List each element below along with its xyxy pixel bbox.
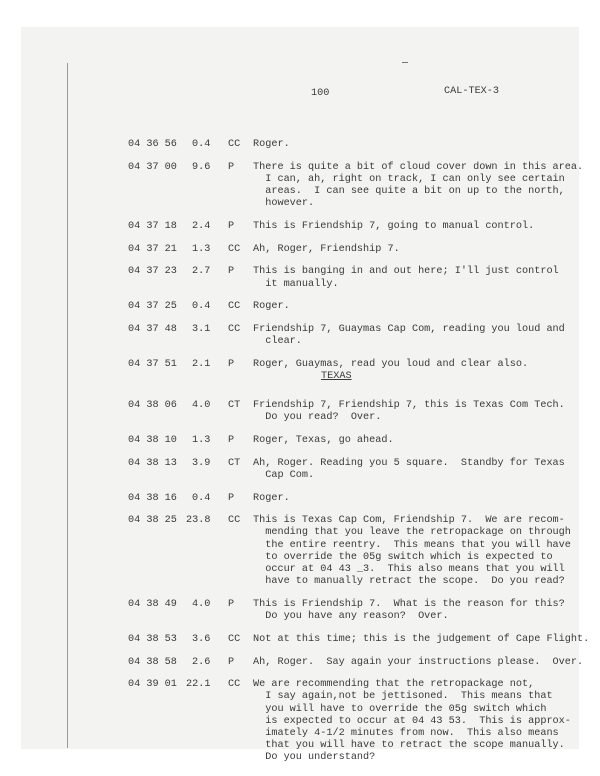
entry-speaker: CC	[228, 324, 240, 336]
entry-message-line: imately 4-1/2 minutes from now. This als…	[253, 728, 559, 740]
entry-message-line: I can, ah, right on track, I can only se…	[253, 174, 565, 186]
entry-message-line: This is Texas Cap Com, Friendship 7. We …	[253, 515, 565, 527]
entry-speaker: CC	[228, 244, 240, 256]
entry-message-line: There is quite a bit of cloud cover down…	[253, 162, 583, 174]
entry-message-line: This is banging in and out here; I'll ju…	[253, 266, 559, 278]
entry-message-line: I say again,not be jettisoned. This mean…	[253, 691, 553, 703]
entry-message-line: Do you understand?	[253, 752, 375, 764]
entry-message-line: to override the 05g switch which is expe…	[253, 552, 553, 564]
stray-mark	[402, 62, 408, 63]
entry-message-line: Friendship 7, Guaymas Cap Com, reading y…	[253, 324, 565, 336]
entry-duration: 3.9	[192, 458, 216, 470]
entry-duration: 2.1	[192, 359, 216, 371]
entry-duration: 3.6	[192, 634, 216, 646]
document-id: CAL-TEX-3	[444, 86, 499, 98]
entry-time: 04 38 49	[128, 599, 177, 611]
page-number: 100	[311, 88, 329, 100]
entry-duration: 0.4	[192, 301, 216, 313]
entry-message-line: areas. I can see quite a bit on up to th…	[253, 186, 565, 198]
entry-speaker: CT	[228, 458, 240, 470]
entry-duration: 3.1	[192, 324, 216, 336]
entry-time: 04 37 18	[128, 221, 177, 233]
entry-time: 04 38 53	[128, 634, 177, 646]
entry-message-line: mending that you leave the retropackage …	[253, 527, 571, 539]
entry-message-line: it manually.	[253, 279, 339, 291]
entry-message-line: This is Friendship 7. What is the reason…	[253, 599, 565, 611]
entry-speaker: P	[228, 359, 234, 371]
entry-message-line: Not at this time; this is the judgement …	[253, 634, 589, 646]
entry-time: 04 38 06	[128, 400, 177, 412]
entry-message-line: Roger, Guaymas, read you loud and clear …	[253, 359, 528, 371]
entry-duration: 1.3	[192, 244, 216, 256]
entry-message-line: We are recommending that the retropackag…	[253, 679, 534, 691]
entry-message-line: clear.	[253, 336, 302, 348]
section-heading: TEXAS	[321, 371, 352, 383]
entry-message-line: is expected to occur at 04 43 53. This i…	[253, 716, 571, 728]
entry-speaker: P	[228, 493, 234, 505]
entry-time: 04 38 25	[128, 515, 177, 527]
entry-message-line: have to manually retract the scope. Do y…	[253, 576, 565, 588]
entry-speaker: P	[228, 162, 234, 174]
entry-speaker: CC	[228, 634, 240, 646]
entry-message-line: Do you have any reason? Over.	[253, 611, 449, 623]
entry-message-line: Friendship 7, Friendship 7, this is Texa…	[253, 400, 565, 412]
entry-duration: 9.6	[192, 162, 216, 174]
entry-speaker: CC	[228, 301, 240, 313]
entry-duration: 4.0	[192, 400, 216, 412]
entry-speaker: P	[228, 221, 234, 233]
entry-speaker: P	[228, 657, 234, 669]
entry-speaker: P	[228, 599, 234, 611]
entry-duration: 0.4	[192, 139, 216, 151]
entry-message-line: Ah, Roger. Reading you 5 square. Standby…	[253, 458, 565, 470]
entry-message-line: occur at 04 43 _3. This also means that …	[253, 564, 565, 576]
entry-message-line: you will have to override the 05g switch…	[253, 704, 546, 716]
entry-time: 04 36 56	[128, 139, 177, 151]
entry-message-line: Do you read? Over.	[253, 412, 381, 424]
entry-duration: 2.4	[192, 221, 216, 233]
entry-duration: 2.6	[192, 657, 216, 669]
entry-message-line: Cap Com.	[253, 470, 314, 482]
entry-time: 04 38 10	[128, 435, 177, 447]
entry-message-line: that you will have to retract the scope …	[253, 740, 565, 752]
entry-time: 04 37 48	[128, 324, 177, 336]
entry-duration: 1.3	[192, 435, 216, 447]
entry-time: 04 38 58	[128, 657, 177, 669]
entry-speaker: P	[228, 435, 234, 447]
entry-message-line: Ah, Roger. Say again your instructions p…	[253, 657, 583, 669]
entry-duration: 0.4	[192, 493, 216, 505]
entry-time: 04 37 25	[128, 301, 177, 313]
entry-message-line: This is Friendship 7, going to manual co…	[253, 221, 534, 233]
entry-speaker: CT	[228, 400, 240, 412]
entry-speaker: CC	[228, 139, 240, 151]
margin-line	[67, 63, 68, 748]
entry-duration: 4.0	[192, 599, 216, 611]
entry-time: 04 37 00	[128, 162, 177, 174]
entry-time: 04 38 16	[128, 493, 177, 505]
entry-message-line: Roger.	[253, 493, 290, 505]
entry-speaker: CC	[228, 515, 240, 527]
entry-duration: 2.7	[192, 266, 216, 278]
entry-time: 04 37 23	[128, 266, 177, 278]
entry-time: 04 39 01	[128, 679, 177, 691]
entry-duration: 22.1	[186, 679, 210, 691]
entry-message-line: Roger.	[253, 301, 290, 313]
entry-message-line: Ah, Roger, Friendship 7.	[253, 244, 400, 256]
entry-time: 04 37 21	[128, 244, 177, 256]
entry-time: 04 37 51	[128, 359, 177, 371]
entry-speaker: CC	[228, 679, 240, 691]
entry-speaker: P	[228, 266, 234, 278]
entry-message-line: Roger, Texas, go ahead.	[253, 435, 394, 447]
entry-time: 04 38 13	[128, 458, 177, 470]
entry-message-line: however.	[253, 198, 314, 210]
entry-message-line: the entire reentry. This means that you …	[253, 540, 571, 552]
entry-message-line: Roger.	[253, 139, 290, 151]
entry-duration: 23.8	[186, 515, 210, 527]
